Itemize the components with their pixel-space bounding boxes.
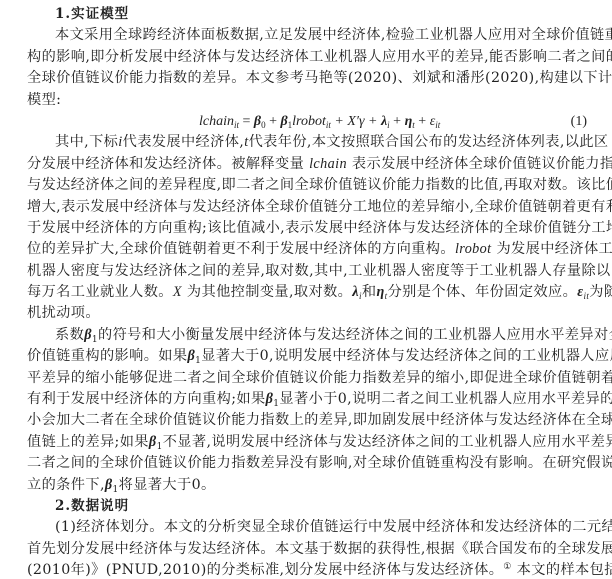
paragraph-line: 机扰动项。 [27, 303, 595, 324]
footnote-marker[interactable]: ① [503, 562, 511, 572]
section-heading-empirical-model: 1.实证模型 [27, 4, 595, 25]
paragraph-line: 立的条件下,β1将显著大于0。 [27, 475, 595, 496]
paragraph-line: 有利于发展中经济体的方向重构;如果β1显著小于0,说明二者之间工业机器人应用水平… [27, 389, 595, 410]
paragraph-line: 每万名工业就业人数。X 为其他控制变量,取对数。λi和ηt分别是个体、年份固定效… [27, 282, 595, 303]
paragraph-line: 平差异的缩小能够促进二者之间全球价值链议价能力指数差异的缩小,即促进全球价值链朝… [27, 368, 595, 389]
equation-1: lchainit = β0 + β1lrobotit + X′γ + λi + … [27, 111, 595, 132]
paragraph-line: 其中,下标i代表发展中经济体,t代表年份,本文按照联合国公布的发达经济体列表,以… [27, 132, 595, 153]
paragraph-line: 机器人密度与发达经济体之间的差异,取对数,其中,工业机器人密度等于工业机器人存量… [27, 261, 595, 282]
paragraph-line: (1)经济体划分。本文的分析突显全球价值链运行中发展中经济体和发达经济体的二元结… [27, 517, 595, 538]
paragraph-line: 位的差异扩大,全球价值链朝着更不利于发展中经济体的方向重构。lrobot 为发展… [27, 239, 595, 260]
paragraph-line: 构的影响,即分析发展中经济体与发达经济体工业机器人应用水平的差异,能否影响二者之… [27, 47, 595, 68]
paragraph-line: 本文采用全球跨经济体面板数据,立足发展中经济体,检验工业机器人应用对全球价值链重 [27, 25, 595, 46]
paragraph-line: 分发展中经济体和发达经济体。被解释变量 lchain 表示发展中经济体全球价值链… [27, 154, 595, 175]
paragraph-line: 首先划分发展中经济体与发达经济体。本文基于数据的获得性,根据《联合国发布的全球发… [27, 539, 595, 560]
section-heading-data-description: 2.数据说明 [27, 496, 595, 517]
paragraph-line: 值链上的差异;如果β1不显著,说明发展中经济体与发达经济体之间的工业机器人应用水… [27, 432, 595, 453]
paper-page: 1.实证模型 本文采用全球跨经济体面板数据,立足发展中经济体,检验工业机器人应用… [27, 4, 595, 579]
equation-number: (1) [571, 111, 587, 132]
paragraph-line: 小会加大二者在全球价值链议价能力指数上的差异,即加剧发展中经济体与发达经济体在全… [27, 410, 595, 431]
paragraph-line: 系数β1的符号和大小衡量发展中经济体与发达经济体之间的工业机器人应用水平差异对全… [27, 325, 595, 346]
paragraph-line: (2010年)》(PNUD,2010)的分类标准,划分发展中经济体与发达经济体。… [27, 560, 595, 579]
paragraph-line: 二者之间的全球价值链议价能力指数差异没有影响,对全球价值链重构没有影响。在研究假… [27, 453, 595, 474]
paragraph-line: 于发展中经济体的方向重构;该比值减小,表示发展中经济体与发达经济体的全球价值链分… [27, 218, 595, 239]
paragraph-line: 模型: [27, 90, 595, 111]
paragraph-line: 与发达经济体之间的差异程度,即二者之间全球价值链议价能力指数的比值,再取对数。该… [27, 175, 595, 196]
equation-formula: lchainit = β0 + β1lrobotit + X′γ + λi + … [199, 111, 440, 132]
paragraph-line: 全球价值链议价能力指数的差异。本文参考马艳等(2020)、刘斌和潘彤(2020)… [27, 68, 595, 89]
paragraph-line: 价值链重构的影响。如果β1显著大于0,说明发展中经济体与发达经济体之间的工业机器… [27, 346, 595, 367]
paragraph-line: 增大,表示发展中经济体与发达经济体全球价值链分工地位的差异缩小,全球价值链朝着更… [27, 197, 595, 218]
